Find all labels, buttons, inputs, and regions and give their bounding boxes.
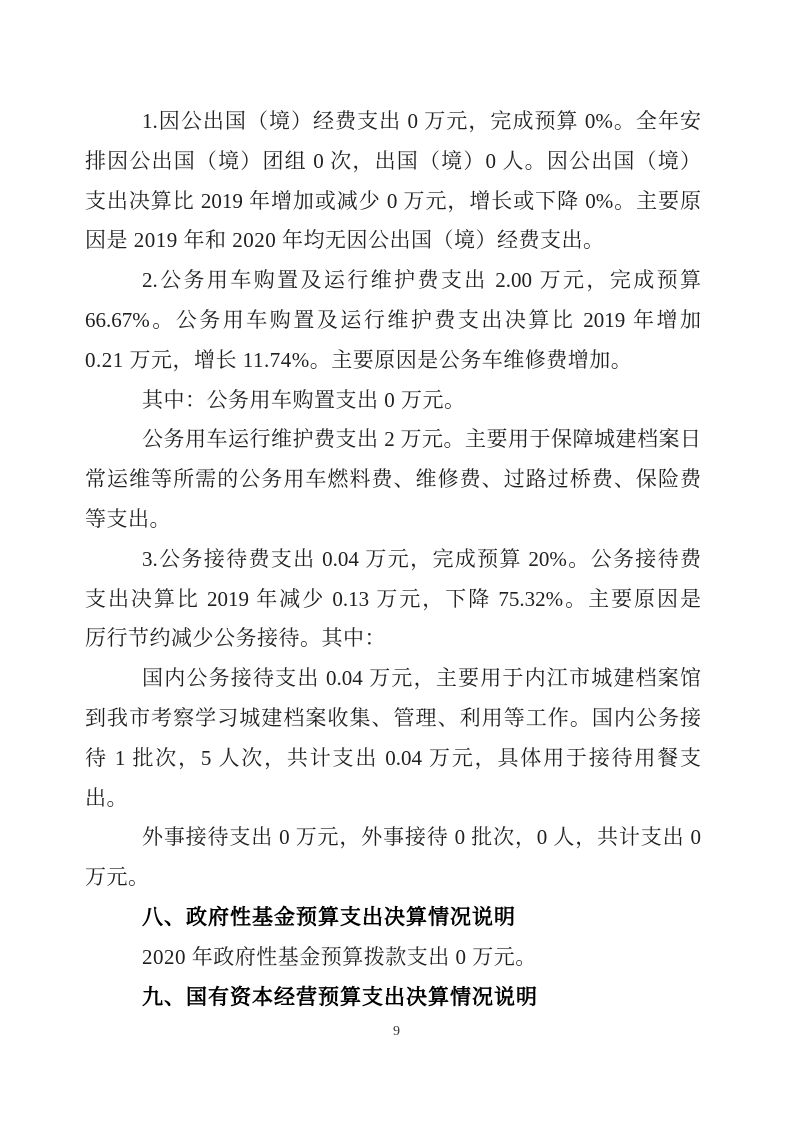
paragraph: 公务用车运行维护费支出 2 万元。主要用于保障城建档案日 常运维等所需的公务用车… — [85, 420, 701, 539]
body-line: 厉行节约减少公务接待。其中： — [85, 619, 701, 659]
paragraph: 外事接待支出 0 万元，外事接待 0 批次，0 人，共计支出 0 万元。 — [85, 818, 701, 898]
body-line: 到我市考察学习城建档案收集、管理、利用等工作。国内公务接 — [85, 699, 701, 739]
body-line: 支出决算比 2019 年增加或减少 0 万元，增长或下降 0%。主要原 — [85, 182, 701, 222]
body-line: 支出决算比 2019 年减少 0.13 万元，下降 75.32%。主要原因是 — [85, 580, 701, 620]
body-line: 3.公务接待费支出 0.04 万元，完成预算 20%。公务接待费 — [85, 540, 701, 580]
document-page: 1.因公出国（境）经费支出 0 万元，完成预算 0%。全年安 排因公出国（境）团… — [0, 0, 793, 1122]
body-line: 排因公出国（境）团组 0 次，出国（境）0 人。因公出国（境） — [85, 142, 701, 182]
body-line: 常运维等所需的公务用车燃料费、维修费、过路过桥费、保险费 — [85, 460, 701, 500]
body-line: 2020 年政府性基金预算拨款支出 0 万元。 — [85, 938, 701, 978]
body-line: 等支出。 — [85, 500, 701, 540]
body-line: 出。 — [85, 779, 701, 819]
paragraph: 2.公务用车购置及运行维护费支出 2.00 万元，完成预算 66.67%。公务用… — [85, 261, 701, 380]
paragraph: 2020 年政府性基金预算拨款支出 0 万元。 — [85, 938, 701, 978]
document-body: 1.因公出国（境）经费支出 0 万元，完成预算 0%。全年安 排因公出国（境）团… — [85, 102, 701, 1017]
paragraph: 其中：公务用车购置支出 0 万元。 — [85, 381, 701, 421]
section-heading-text: 九、国有资本经营预算支出决算情况说明 — [85, 978, 701, 1018]
body-line: 国内公务接待支出 0.04 万元，主要用于内江市城建档案馆 — [85, 659, 701, 699]
body-line: 外事接待支出 0 万元，外事接待 0 批次，0 人，共计支出 0 — [85, 818, 701, 858]
body-line: 0.21 万元，增长 11.74%。主要原因是公务车维修费增加。 — [85, 341, 701, 381]
body-line: 公务用车运行维护费支出 2 万元。主要用于保障城建档案日 — [85, 420, 701, 460]
body-line: 待 1 批次，5 人次，共计支出 0.04 万元，具体用于接待用餐支 — [85, 739, 701, 779]
body-line: 2.公务用车购置及运行维护费支出 2.00 万元，完成预算 — [85, 261, 701, 301]
body-line: 其中：公务用车购置支出 0 万元。 — [85, 381, 701, 421]
section-heading: 八、政府性基金预算支出决算情况说明 — [85, 898, 701, 938]
paragraph: 国内公务接待支出 0.04 万元，主要用于内江市城建档案馆 到我市考察学习城建档… — [85, 659, 701, 818]
body-line: 万元。 — [85, 858, 701, 898]
body-line: 66.67%。公务用车购置及运行维护费支出决算比 2019 年增加 — [85, 301, 701, 341]
section-heading-text: 八、政府性基金预算支出决算情况说明 — [85, 898, 701, 938]
body-line: 1.因公出国（境）经费支出 0 万元，完成预算 0%。全年安 — [85, 102, 701, 142]
section-heading: 九、国有资本经营预算支出决算情况说明 — [85, 978, 701, 1018]
paragraph: 3.公务接待费支出 0.04 万元，完成预算 20%。公务接待费 支出决算比 2… — [85, 540, 701, 659]
paragraph: 1.因公出国（境）经费支出 0 万元，完成预算 0%。全年安 排因公出国（境）团… — [85, 102, 701, 261]
page-number: 9 — [0, 1020, 793, 1044]
body-line: 因是 2019 年和 2020 年均无因公出国（境）经费支出。 — [85, 221, 701, 261]
